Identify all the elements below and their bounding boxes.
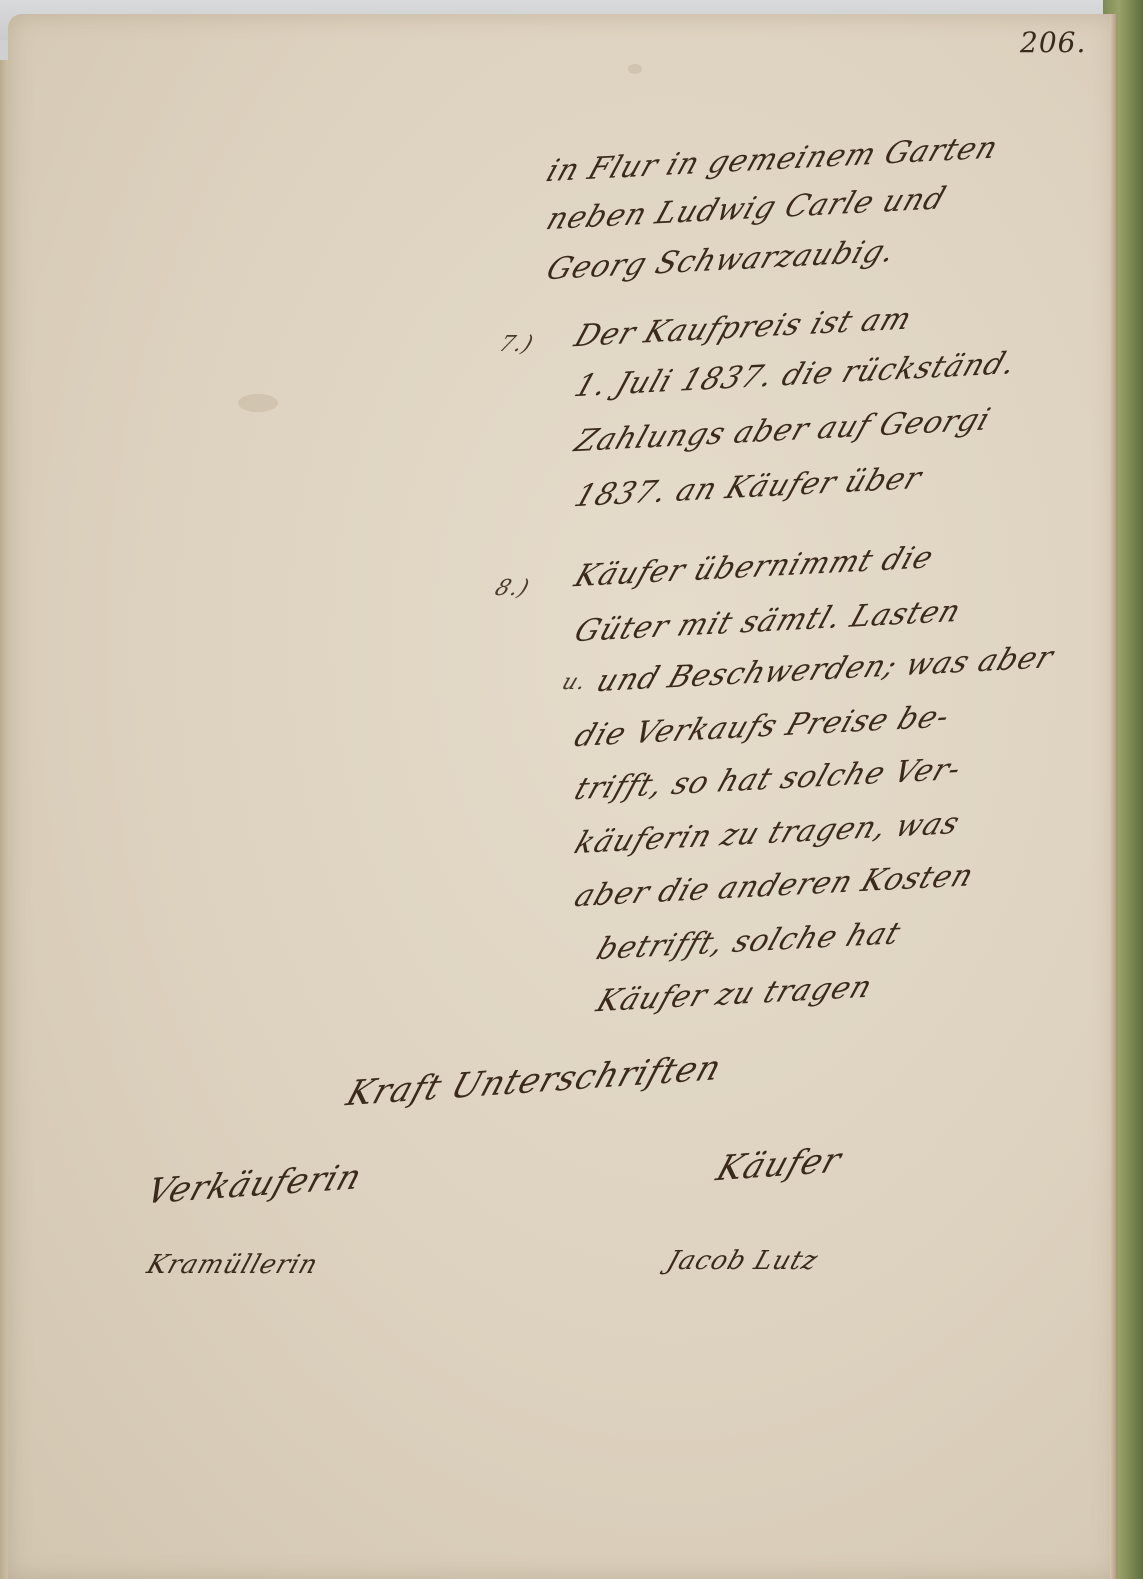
paper-stain bbox=[238, 394, 278, 412]
margin-mark-7: 7.) bbox=[495, 332, 537, 357]
text-line-8: Käufer übernimmt die bbox=[570, 540, 939, 594]
text-line-14: aber die anderen Kosten bbox=[570, 858, 979, 914]
text-line-1: in Flur in gemeinem Garten bbox=[542, 130, 1003, 189]
text-line-16: Käufer zu tragen bbox=[592, 969, 877, 1019]
text-line-2: neben Ludwig Carle und bbox=[542, 181, 951, 237]
seller-signature: Kramüllerin bbox=[143, 1250, 322, 1280]
margin-mark-u: u. bbox=[558, 670, 590, 695]
text-line-12: trifft, so hat solche Ver- bbox=[570, 752, 966, 808]
text-line-4: Der Kaufpreis ist am bbox=[570, 301, 917, 354]
text-line-11: die Verkaufs Preise be- bbox=[570, 699, 955, 754]
closing-formula: Kraft Unterschriften bbox=[341, 1047, 727, 1114]
page-edge bbox=[1110, 14, 1116, 1579]
margin-mark-8: 8.) bbox=[491, 576, 533, 601]
text-line-6: Zahlungs aber auf Georgi bbox=[570, 402, 996, 459]
buyer-signature: Jacob Lutz bbox=[663, 1246, 822, 1276]
seller-label: Verkäuferin bbox=[141, 1157, 367, 1213]
text-line-10: und Beschwerden; was aber bbox=[592, 640, 1059, 700]
text-line-13: käuferin zu tragen, was bbox=[570, 806, 965, 862]
page-number: 206. bbox=[1020, 26, 1086, 59]
manuscript-page: 206. in Flur in gemeinem Garten neben Lu… bbox=[8, 14, 1116, 1579]
ink-spot bbox=[628, 64, 642, 74]
text-line-9: Güter mit sämtl. Lasten bbox=[570, 594, 966, 650]
text-line-5: 1. Juli 1837. die rückständ. bbox=[570, 346, 1021, 405]
text-line-7: 1837. an Käufer über bbox=[570, 461, 927, 515]
text-line-3: Georg Schwarzaubig. bbox=[542, 233, 901, 287]
text-line-15: betrifft, solche hat bbox=[592, 916, 906, 967]
buyer-label: Käufer bbox=[711, 1140, 847, 1190]
